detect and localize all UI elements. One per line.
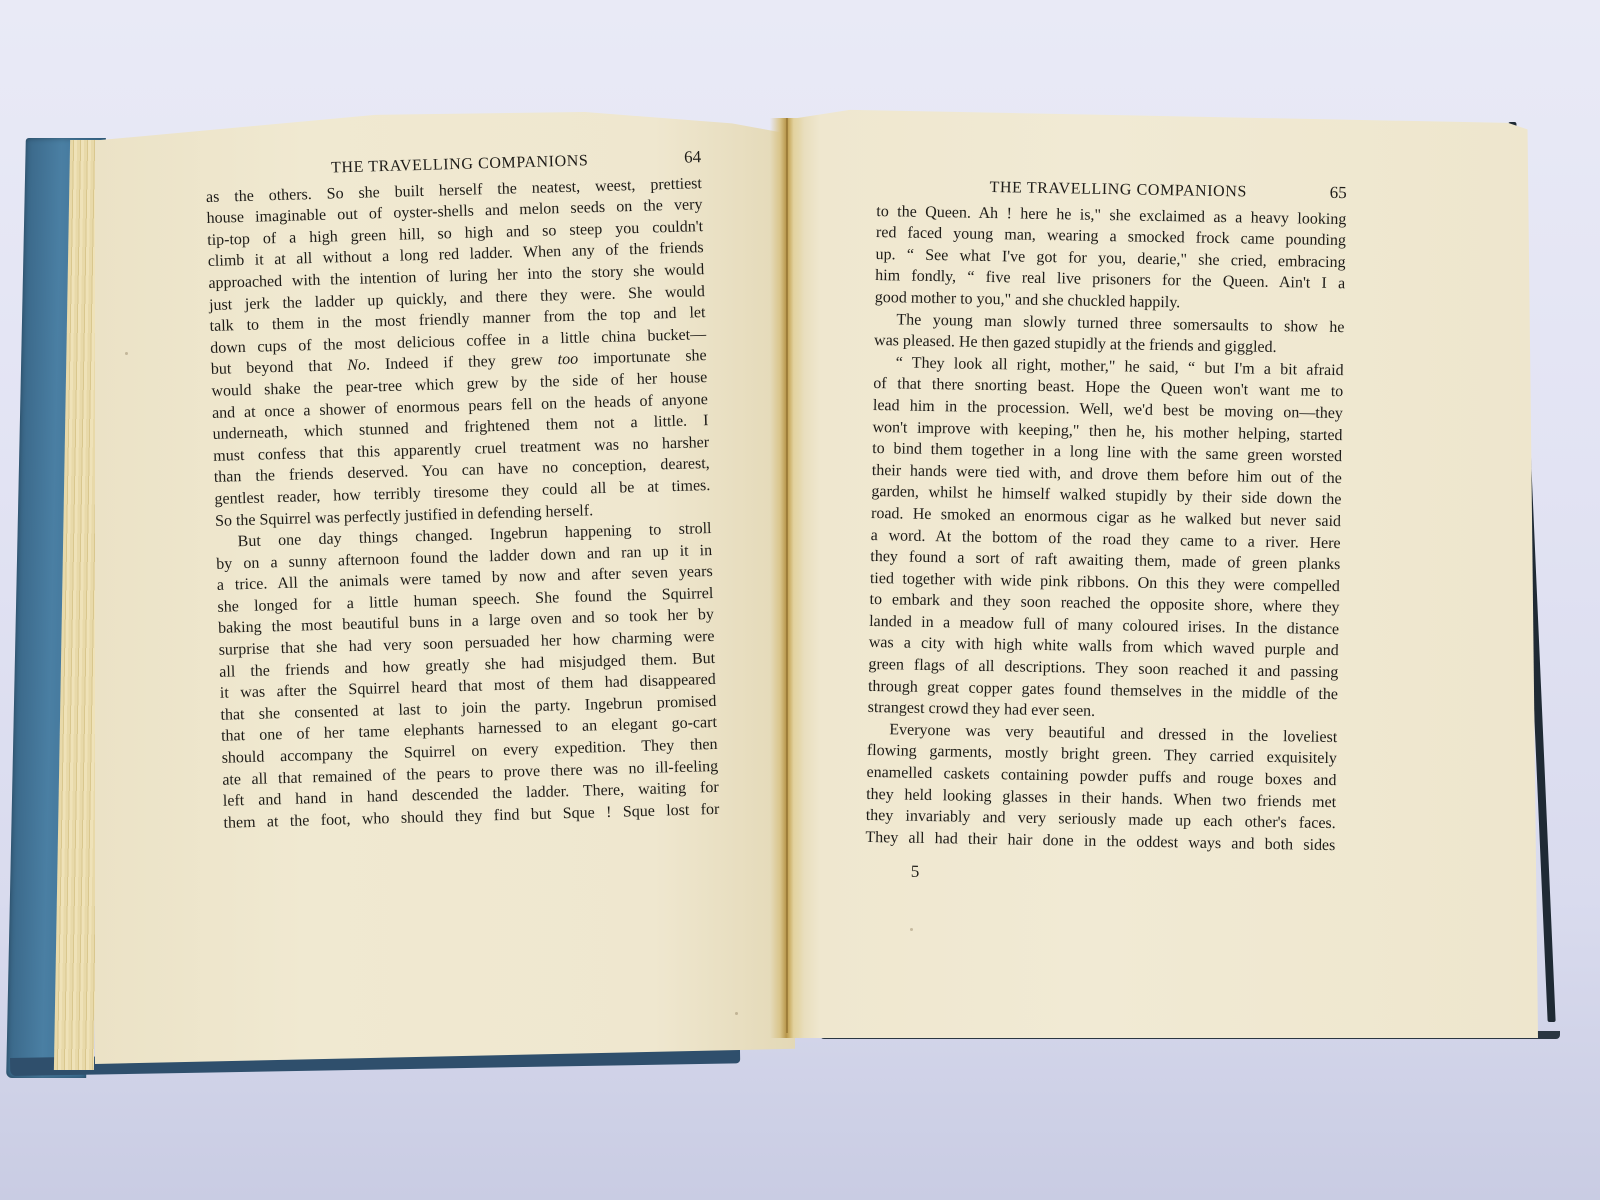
paper-speck [735,1012,738,1015]
left-page-text: THE TRAVELLING COMPANIONS 64 as the othe… [205,146,720,834]
page-number: 65 [1330,182,1347,204]
gutter-crease [786,118,788,1033]
paper-speck [910,928,913,931]
page-number: 64 [684,146,702,168]
photo-scene: THE TRAVELLING COMPANIONS 64 as the othe… [0,0,1600,1200]
right-page-text: THE TRAVELLING COMPANIONS 65 to the Quee… [865,174,1347,890]
paper-speck [125,352,128,355]
